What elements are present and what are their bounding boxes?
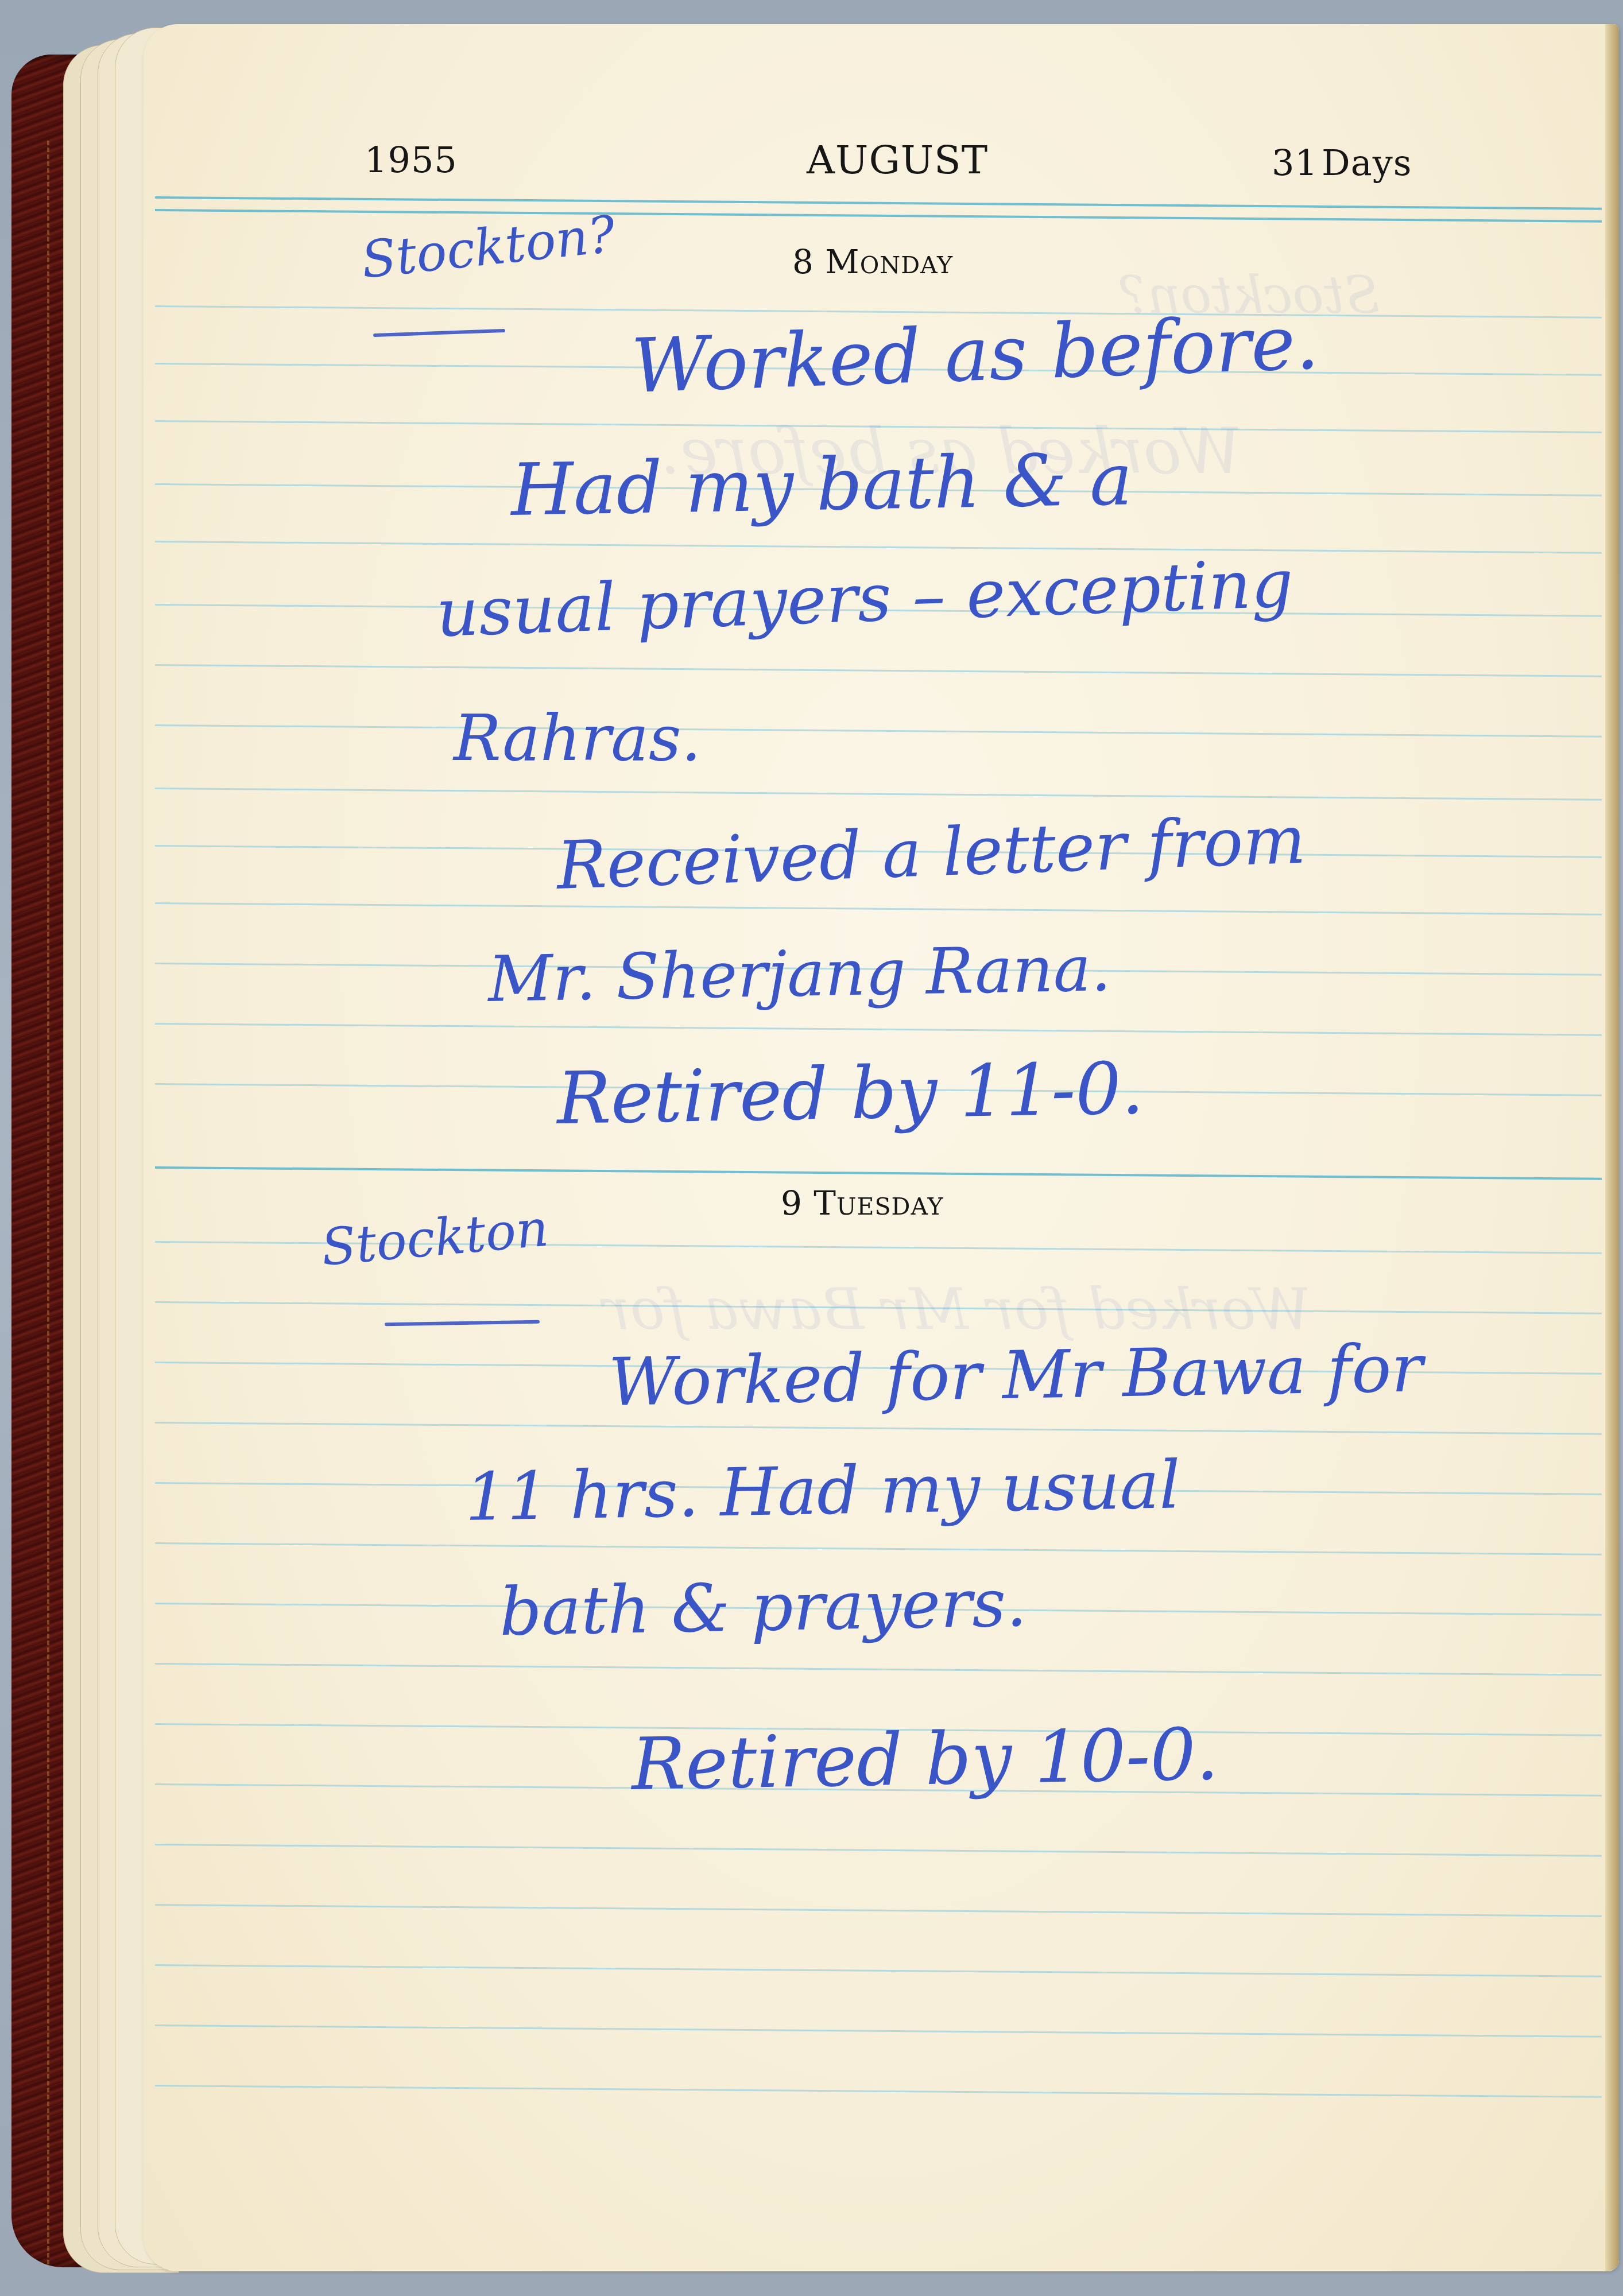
ruled-line: [155, 1964, 1602, 1977]
day-heading-monday: 8 Monday: [792, 242, 953, 281]
year-label: 1955: [365, 139, 458, 181]
day-number: 9: [781, 1184, 803, 1223]
entry-location: Stockton?: [359, 204, 618, 290]
entry-line: Retired by 11-0.: [556, 1047, 1145, 1141]
ruled-line: [155, 1422, 1602, 1435]
ruled-line: [155, 1904, 1602, 1917]
header-rule: [155, 196, 1602, 210]
diary-page: Stockton? Worked as before. Worked for M…: [144, 24, 1619, 2271]
entry-line: Worked as before.: [630, 298, 1320, 410]
ruled-line: [155, 1844, 1602, 1857]
entry-line: usual prayers – excepting: [435, 545, 1295, 652]
show-through-text: Worked for Mr Bawa for: [603, 1275, 1311, 1343]
diary-scan: Stockton? Worked as before. Worked for M…: [0, 0, 1623, 2296]
entry-line: Retired by 10-0.: [631, 1713, 1219, 1806]
ruled-line: [155, 1542, 1602, 1556]
entry-location: Stockton: [319, 1199, 551, 1277]
weekday: Tuesday: [814, 1184, 943, 1223]
header-rule: [155, 209, 1602, 223]
day-number: 8: [792, 242, 814, 281]
ruled-line: [155, 1023, 1602, 1036]
location-underline: [385, 1320, 540, 1327]
days-label: Days: [1322, 142, 1412, 184]
ruled-line: [155, 724, 1602, 738]
entry-line: bath & prayers.: [499, 1565, 1028, 1651]
ruled-line: [155, 541, 1602, 554]
entry-line: Worked for Mr Bawa for: [608, 1330, 1424, 1421]
location-underline: [373, 329, 505, 337]
cover-stitching: [47, 141, 49, 2264]
entry-line: 11 hrs. Had my usual: [464, 1446, 1181, 1536]
ruled-line: [155, 664, 1602, 677]
days-count: 31: [1272, 142, 1318, 184]
entry-line: Mr. Sherjang Rana.: [487, 932, 1111, 1016]
days-in-month-label: 31 Days: [1272, 142, 1412, 184]
ruled-line: [155, 2085, 1602, 2098]
month-label: AUGUST: [807, 138, 988, 183]
day-separator-rule: [155, 1166, 1602, 1180]
entry-line: Had my bath & a: [510, 438, 1133, 532]
ruled-line: [155, 1663, 1602, 1676]
weekday: Monday: [825, 242, 953, 281]
ruled-line: [155, 2024, 1602, 2038]
page-gutter: [1605, 24, 1619, 2271]
entry-line: Received a letter from: [556, 802, 1307, 905]
day-heading-tuesday: 9 Tuesday: [781, 1184, 944, 1223]
ruled-line: [155, 788, 1602, 801]
ruled-line: [155, 902, 1602, 916]
entry-line: Rahras.: [454, 701, 701, 775]
